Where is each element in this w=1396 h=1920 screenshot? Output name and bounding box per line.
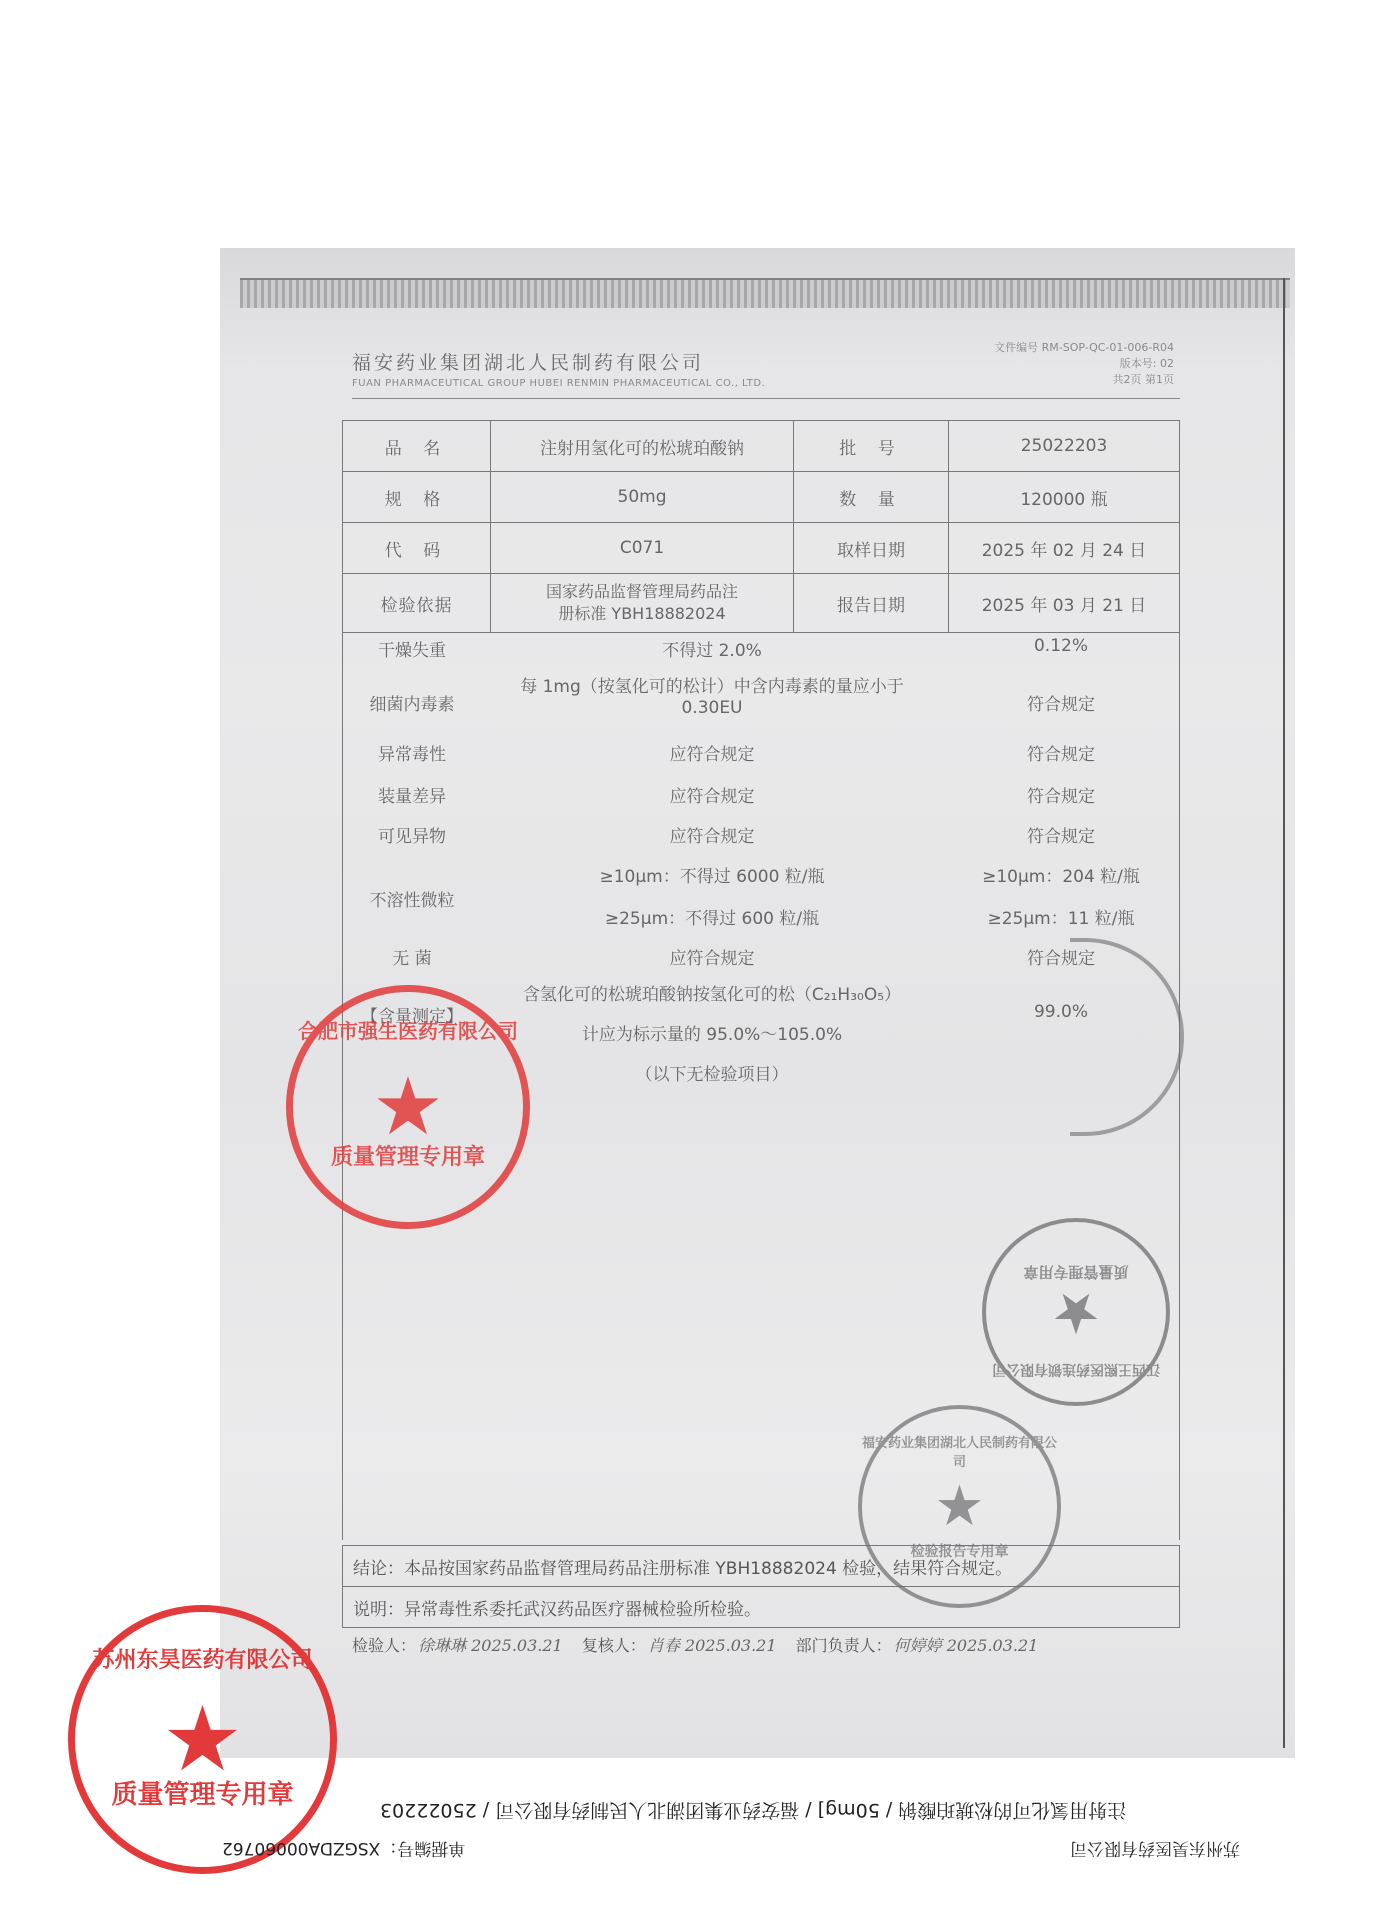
stamp-bottom-text: 质量管理专用章 bbox=[986, 1262, 1166, 1283]
value-sample-date: 2025 年 02 月 24 日 bbox=[949, 523, 1180, 574]
doc-number: 文件编号 RM-SOP-QC-01-006-R04 bbox=[994, 340, 1174, 356]
stamp-bottom-text: 质量管理专用章 bbox=[75, 1774, 330, 1811]
jiangxi-quality-stamp: 江西王熙医药连锁有限公司 ★ 质量管理专用章 bbox=[982, 1218, 1170, 1406]
footer-product-line: 注射用氢化可的松琥珀酸钠 / 50mg] / 福安药业集团湖北人民制药有限公司 … bbox=[380, 1798, 1126, 1825]
document-meta: 文件编号 RM-SOP-QC-01-006-R04 版本号: 02 共2页 第1… bbox=[994, 340, 1174, 388]
end-note: （以下无检验项目） bbox=[482, 1060, 942, 1085]
test-item: 细菌内毒素 bbox=[342, 690, 482, 715]
test-item: 异常毒性 bbox=[342, 740, 482, 765]
star-icon: ★ bbox=[1051, 1284, 1101, 1340]
value-spec: 50mg bbox=[491, 472, 794, 523]
value-quantity: 120000 瓶 bbox=[949, 472, 1180, 523]
stamp-ring-text: 苏州东昊医药有限公司 bbox=[75, 1643, 330, 1674]
scan-edge-band bbox=[240, 278, 1290, 308]
test-result: 0.12% bbox=[942, 636, 1180, 656]
scan-border-line bbox=[1283, 278, 1285, 1748]
label-sample-date: 取样日期 bbox=[794, 523, 949, 574]
test-item: 装量差异 bbox=[342, 782, 482, 807]
star-icon: ★ bbox=[162, 1695, 243, 1785]
label-quantity: 数 量 bbox=[794, 472, 949, 523]
dept-head-label: 部门负责人： bbox=[796, 1636, 892, 1655]
stamp-bottom-text: 检验报告专用章 bbox=[862, 1541, 1057, 1561]
test-standard: 应符合规定 bbox=[482, 782, 942, 807]
company-name-cn: 福安药业集团湖北人民制药有限公司 bbox=[352, 348, 704, 375]
dept-head-signature: 何婷婷 2025.03.21 bbox=[894, 1636, 1039, 1655]
test-result: 符合规定 bbox=[942, 740, 1180, 765]
label-batch: 批 号 bbox=[794, 421, 949, 472]
test-standard: 应符合规定 bbox=[482, 944, 942, 969]
header-divider bbox=[352, 398, 1180, 399]
test-result-2: ≥25μm：11 粒/瓶 bbox=[942, 904, 1180, 929]
star-icon: ★ bbox=[934, 1479, 984, 1535]
label-product-name: 品 名 bbox=[343, 421, 491, 472]
star-icon: ★ bbox=[372, 1067, 444, 1147]
test-standard: 每 1mg（按氢化可的松计）中含内毒素的量应小于 bbox=[482, 672, 942, 697]
inspector-label: 检验人： bbox=[352, 1636, 416, 1655]
test-item: 可见异物 bbox=[342, 822, 482, 847]
test-item: 不溶性微粒 bbox=[342, 886, 482, 911]
footer-doc-number: 单据编号：XSGZDA00060762 bbox=[222, 1838, 465, 1863]
test-standard: 含氢化可的松琥珀酸钠按氢化可的松（C₂₁H₃₀O₅） bbox=[482, 980, 942, 1005]
test-result: ≥10μm：204 粒/瓶 bbox=[942, 862, 1180, 887]
value-batch: 25022203 bbox=[949, 421, 1180, 472]
hefei-quality-stamp: 合肥市强生医药有限公司 ★ 质量管理专用章 bbox=[286, 985, 530, 1229]
remark-text: 说明：异常毒性系委托武汉药品医疗器械检验所检验。 bbox=[343, 1586, 1179, 1627]
value-product-name: 注射用氢化可的松琥珀酸钠 bbox=[491, 421, 794, 472]
label-spec: 规 格 bbox=[343, 472, 491, 523]
label-code: 代 码 bbox=[343, 523, 491, 574]
stamp-ring-text: 江西王熙医药连锁有限公司 bbox=[986, 1360, 1166, 1380]
test-standard: 应符合规定 bbox=[482, 822, 942, 847]
doc-page: 共2页 第1页 bbox=[994, 372, 1174, 388]
renmin-inspection-stamp: 福安药业集团湖北人民制药有限公司 ★ 检验报告专用章 bbox=[858, 1405, 1061, 1608]
test-item: 无 菌 bbox=[342, 944, 482, 969]
company-name-en: FUAN PHARMACEUTICAL GROUP HUBEI RENMIN P… bbox=[352, 378, 765, 389]
footer-company: 苏州东昊医药有限公司 bbox=[1070, 1838, 1240, 1863]
basis-line-1: 国家药品监督管理局药品注 bbox=[497, 581, 787, 603]
test-standard: 不得过 2.0% bbox=[482, 636, 942, 661]
reviewer-label: 复核人： bbox=[582, 1636, 646, 1655]
value-code: C071 bbox=[491, 523, 794, 574]
reviewer-signature: 肖春 2025.03.21 bbox=[648, 1636, 777, 1655]
stamp-bottom-text: 质量管理专用章 bbox=[293, 1140, 523, 1171]
product-info-table: 品 名 注射用氢化可的松琥珀酸钠 批 号 25022203 规 格 50mg 数… bbox=[342, 420, 1180, 633]
test-standard-2: 0.30EU bbox=[482, 698, 942, 718]
test-standard: ≥10μm：不得过 6000 粒/瓶 bbox=[482, 862, 942, 887]
signature-line: 检验人：徐琳琳 2025.03.21 复核人：肖春 2025.03.21 部门负… bbox=[352, 1633, 1052, 1656]
doc-version: 版本号: 02 bbox=[994, 356, 1174, 372]
stamp-ring-text: 合肥市强生医药有限公司 bbox=[293, 1015, 523, 1044]
test-result: 符合规定 bbox=[942, 782, 1180, 807]
test-item: 干燥失重 bbox=[342, 636, 482, 661]
test-standard-2: ≥25μm：不得过 600 粒/瓶 bbox=[482, 904, 942, 929]
test-standard-2: 计应为标示量的 95.0%～105.0% bbox=[482, 1020, 942, 1045]
inspector-signature: 徐琳琳 2025.03.21 bbox=[418, 1636, 563, 1655]
test-standard: 应符合规定 bbox=[482, 740, 942, 765]
stamp-ring-text: 福安药业集团湖北人民制药有限公司 bbox=[862, 1432, 1057, 1470]
test-result: 符合规定 bbox=[942, 822, 1180, 847]
suzhou-quality-stamp: 苏州东昊医药有限公司 ★ 质量管理专用章 bbox=[68, 1605, 337, 1874]
test-result: 符合规定 bbox=[942, 690, 1180, 715]
